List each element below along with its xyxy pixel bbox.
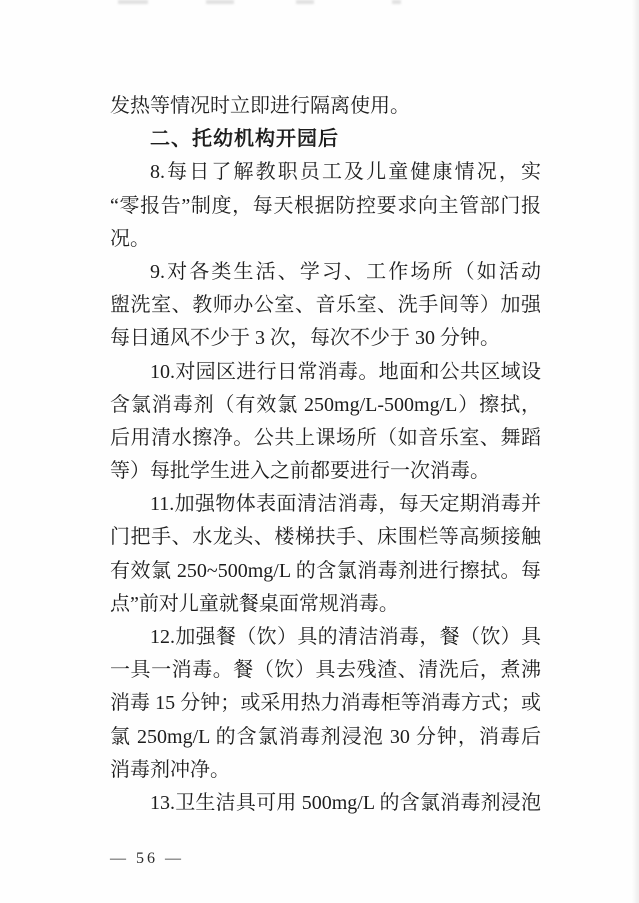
text-line: 门把手、水龙头、楼梯扶手、床围栏等高频接触表面，可用 (110, 521, 541, 554)
scan-edge-shading (632, 0, 639, 903)
text-line: 氯 250mg/L 的含氯消毒剂浸泡 30 分钟，消毒后应当将残留 (110, 721, 541, 754)
text-line: 消毒剂冲净。 (110, 754, 541, 787)
text-line: “零报告”制度，每天根据防控要求向主管部门报告具体情 (110, 190, 541, 223)
text-line: 一具一消毒。餐（饮）具去残渣、清洗后，煮沸或流通蒸汽 (110, 654, 541, 687)
text-line: 8.每日了解教职员工及儿童健康情况，实行“日报告”、 (110, 156, 541, 189)
text-line: 12.加强餐（饮）具的清洁消毒，餐（饮）具应当一人 (110, 621, 541, 654)
text-line: 9.对各类生活、学习、工作场所（如活动室、睡眠室、 (110, 256, 541, 289)
scan-artifact (296, 0, 314, 4)
document-page: 发热等情况时立即进行隔离使用。 二、托幼机构开园后 8.每日了解教职员工及儿童健… (0, 0, 639, 903)
document-body: 发热等情况时立即进行隔离使用。 二、托幼机构开园后 8.每日了解教职员工及儿童健… (110, 90, 541, 820)
text-line: 10.对园区进行日常消毒。地面和公共区域设施可使用 (110, 356, 541, 389)
text-line: 11.加强物体表面清洁消毒，每天定期消毒并记录。对 (110, 488, 541, 521)
text-line: 发热等情况时立即进行隔离使用。 (110, 90, 541, 123)
text-line: 13.卫生洁具可用 500mg/L 的含氯消毒剂浸泡或擦拭消 (110, 787, 541, 820)
text-line: 盥洗室、教师办公室、音乐室、洗手间等）加强通风换气， (110, 289, 541, 322)
text-line: 后用清水擦净。公共上课场所（如音乐室、舞蹈室、活动室 (110, 422, 541, 455)
scan-artifact (392, 0, 401, 4)
text-line: 点”前对儿童就餐桌面常规消毒。 (110, 588, 541, 621)
text-line: 有效氯 250~500mg/L 的含氯消毒剂进行擦拭。每日“三餐两 (110, 555, 541, 588)
scan-artifact (206, 0, 234, 4)
text-line: 每日通风不少于 3 次，每次不少于 30 分钟。 (110, 322, 541, 355)
text-line: 消毒 15 分钟；或采用热力消毒柜等消毒方式；或采用有效 (110, 687, 541, 720)
text-line: 含氯消毒剂（有效氯 250mg/L-500mg/L）擦拭，作用 30 分钟 (110, 389, 541, 422)
section-heading: 二、托幼机构开园后 (110, 123, 541, 156)
page-number: — 56 — (110, 850, 184, 868)
text-line: 等）每批学生进入之前都要进行一次消毒。 (110, 455, 541, 488)
text-line: 况。 (110, 223, 541, 256)
scan-artifact (118, 0, 148, 4)
